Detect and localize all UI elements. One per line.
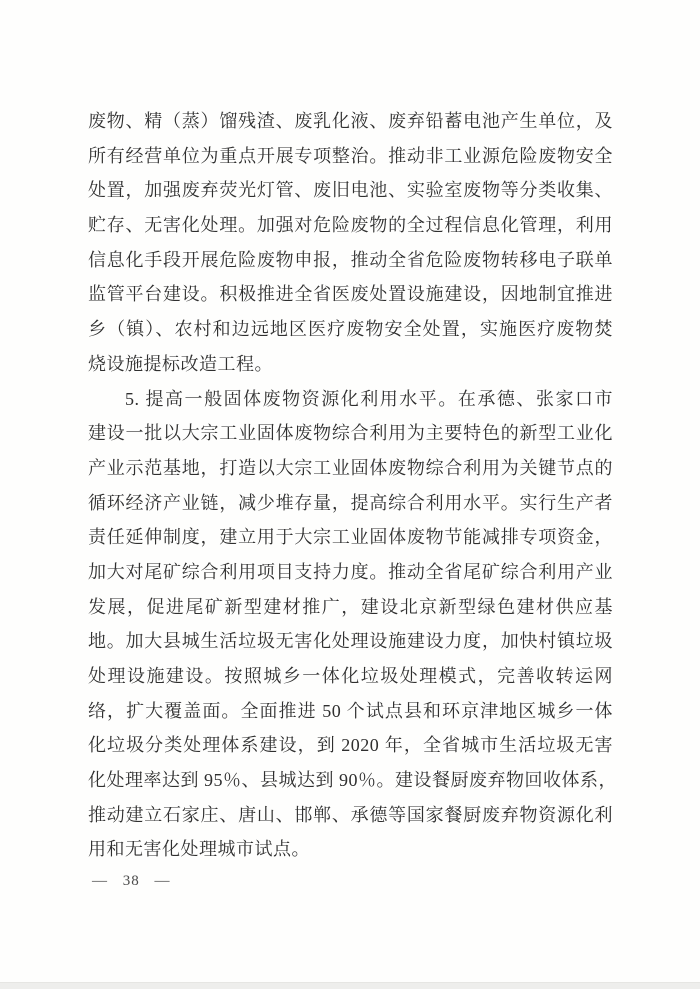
body-text-line: 所有经营单位为重点开展专项整治。推动非工业源危险废物安全 bbox=[88, 139, 613, 174]
body-text-line: 络，扩大覆盖面。全面推进 50 个试点县和环京津地区城乡一体 bbox=[88, 694, 613, 729]
page-bottom-scan-edge bbox=[0, 982, 700, 989]
body-text-line: 贮存、无害化处理。加强对危险废物的全过程信息化管理，利用 bbox=[88, 208, 613, 243]
scanned-document-page: 废物、精（蒸）馏残渣、废乳化液、废弃铅蓄电池产生单位，及 所有经营单位为重点开展… bbox=[0, 0, 700, 989]
paragraph: 5. 提高一般固体废物资源化利用水平。在承德、张家口市 建设一批以大宗工业固体废… bbox=[88, 382, 613, 868]
body-text-line: 烧设施提标改造工程。 bbox=[88, 347, 613, 382]
body-text-line: 乡（镇）、农村和边远地区医疗废物安全处置，实施医疗废物焚 bbox=[88, 312, 613, 347]
body-text-line: 推动建立石家庄、唐山、邯郸、承德等国家餐厨废弃物资源化利 bbox=[88, 798, 613, 833]
body-text-line: 信息化手段开展危险废物申报，推动全省危险废物转移电子联单 bbox=[88, 243, 613, 278]
body-text-line: 5. 提高一般固体废物资源化利用水平。在承德、张家口市 bbox=[88, 382, 613, 417]
body-text-line: 责任延伸制度，建立用于大宗工业固体废物节能减排专项资金， bbox=[88, 520, 613, 555]
body-text-line: 处理设施建设。按照城乡一体化垃圾处理模式，完善收转运网 bbox=[88, 659, 613, 694]
body-text-line: 用和无害化处理城市试点。 bbox=[88, 832, 613, 867]
body-text-line: 化垃圾分类处理体系建设，到 2020 年，全省城市生活垃圾无害 bbox=[88, 728, 613, 763]
body-text-line: 地。加大县城生活垃圾无害化处理设施建设力度，加快村镇垃圾 bbox=[88, 624, 613, 659]
body-text-line: 化处理率达到 95％、县城达到 90％。建设餐厨废弃物回收体系， bbox=[88, 763, 613, 798]
paragraph: 废物、精（蒸）馏残渣、废乳化液、废弃铅蓄电池产生单位，及 所有经营单位为重点开展… bbox=[88, 104, 613, 382]
body-text-line: 处置，加强废弃荧光灯管、废旧电池、实验室废物等分类收集、 bbox=[88, 173, 613, 208]
body-text-line: 产业示范基地，打造以大宗工业固体废物综合利用为关键节点的 bbox=[88, 451, 613, 486]
document-body: 废物、精（蒸）馏残渣、废乳化液、废弃铅蓄电池产生单位，及 所有经营单位为重点开展… bbox=[88, 104, 613, 867]
body-text-line: 监管平台建设。积极推进全省医废处置设施建设，因地制宜推进 bbox=[88, 277, 613, 312]
body-text-line: 加大对尾矿综合利用项目支持力度。推动全省尾矿综合利用产业 bbox=[88, 555, 613, 590]
page-footer: — 38 — bbox=[92, 871, 171, 891]
body-text-line: 循环经济产业链，减少堆存量，提高综合利用水平。实行生产者 bbox=[88, 486, 613, 521]
body-text-line: 建设一批以大宗工业固体废物综合利用为主要特色的新型工业化 bbox=[88, 416, 613, 451]
page-number: — 38 — bbox=[92, 873, 171, 889]
body-text-line: 发展，促进尾矿新型建材推广，建设北京新型绿色建材供应基 bbox=[88, 590, 613, 625]
body-text-line: 废物、精（蒸）馏残渣、废乳化液、废弃铅蓄电池产生单位，及 bbox=[88, 104, 613, 139]
